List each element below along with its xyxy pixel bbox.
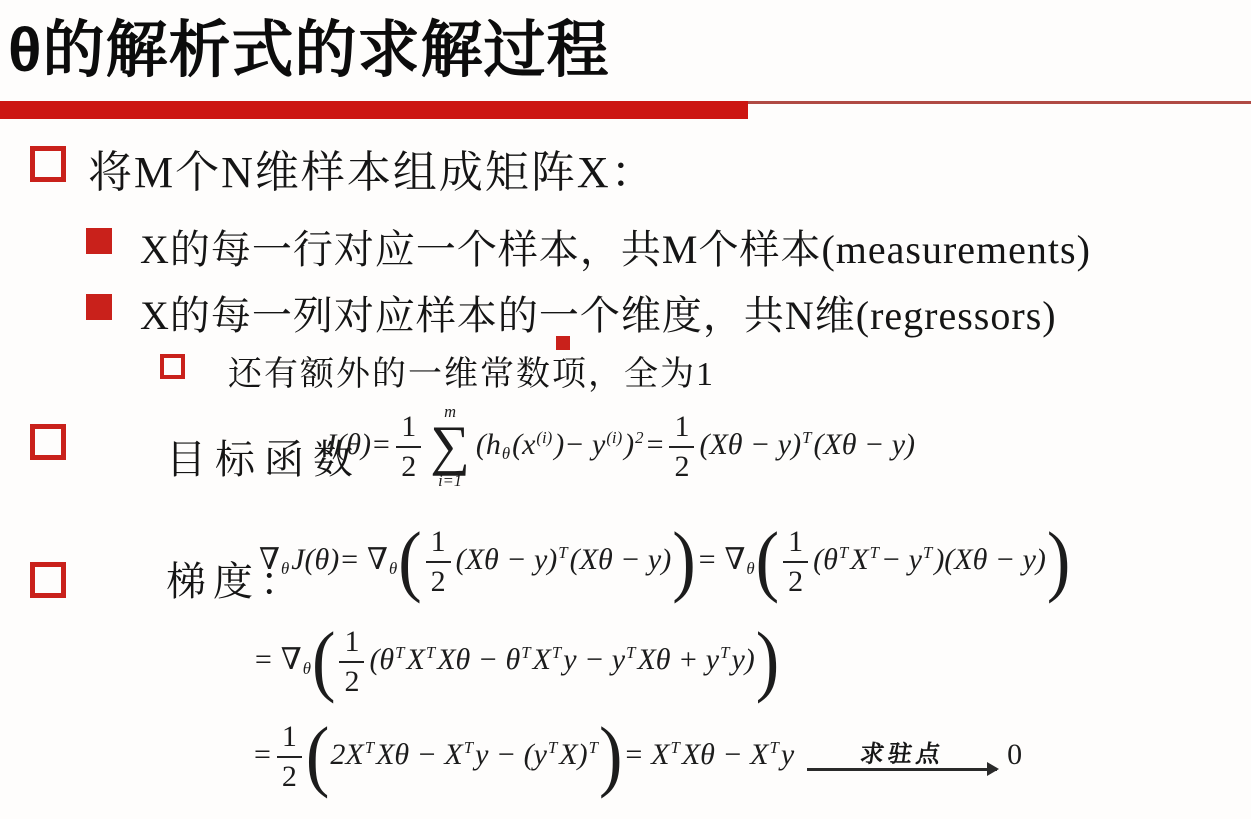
math-token: y [781,738,794,771]
math-token: = [254,738,271,771]
superscript: T [464,738,473,757]
superscript: T [521,643,530,662]
stationary-point-arrow: 求驻点 [807,743,997,771]
formula-gradient-line-2: = ∇θ(12(θTXTXθ − θTXTy − yTXθ + yTy)) [252,612,779,712]
math-token: (θ [369,643,394,676]
bullet-1-text: 将M个N维样本组成矩阵X： [88,136,657,200]
superscript: T [802,428,811,447]
superscript: T [365,738,374,757]
bullet-square-outline-icon [160,354,185,379]
fraction: 12 [339,627,364,697]
math-token: (θ [813,543,838,576]
math-token: = ∇ [253,643,302,676]
formula-objective: J(θ)=12m∑i=1(hθ(x(i))− y(i))2=12(Xθ − y)… [322,390,916,504]
math-token: y) [731,643,754,676]
superscript: T [720,643,729,662]
bullet-4-text: 还有额外的一维常数项，全为1 [228,346,715,395]
math-token: X) [559,738,587,771]
superscript: T [770,738,779,757]
big-paren: ( [312,628,335,695]
math-token: (Xθ − y) [456,543,558,576]
math-token: (h [476,428,501,461]
math-token: y − (y [475,738,547,771]
superscript: T [626,643,635,662]
big-paren: ) [672,528,695,595]
superscript: T [552,643,561,662]
superscript: T [426,643,435,662]
bullet-square-outline-icon [30,562,66,598]
bullet-2-text: X的每一行对应一个样本，共M个样本(measurements) [140,218,1091,275]
math-token: X [533,643,551,676]
math-token: Xθ − θ [437,643,520,676]
bullet-square-outline-icon [30,424,66,460]
math-token: X [850,543,868,576]
superscript: T [558,543,567,562]
title-divider-line [748,101,1251,104]
superscript: T [839,543,848,562]
fraction: 12 [426,527,451,597]
math-token: X [407,643,425,676]
math-token: (x [512,428,535,461]
math-token: J(θ)= [323,428,391,461]
math-token: = ∇ [697,543,746,576]
title-divider-bar [0,101,748,119]
math-token: )− y [554,428,605,461]
fraction: 12 [277,722,302,792]
superscript: 2 [635,428,643,447]
bullet-square-filled-icon [86,294,112,320]
arrow-line-icon [807,768,997,771]
superscript: T [548,738,557,757]
math-token: 2X [330,738,363,771]
math-token: ) [624,428,634,461]
big-paren: ) [599,723,622,790]
math-token: = X [623,738,669,771]
big-paren: ) [1047,528,1070,595]
bullet-square-outline-icon [30,146,66,182]
big-paren: ( [398,528,421,595]
superscript: T [395,643,404,662]
math-token: J(θ)= ∇ [291,543,388,576]
subscript: θ [502,444,510,463]
math-token: − y [881,543,922,576]
superscript: (i) [536,428,552,447]
page-title: θ的解析式的求解过程 [8,0,610,89]
math-token: ∇ [259,543,280,576]
superscript: T [923,543,932,562]
math-token: Xθ − X [682,738,769,771]
slide: θ的解析式的求解过程 将M个N维样本组成矩阵X： X的每一行对应一个样本，共M个… [0,0,1251,819]
fraction: 12 [669,412,694,482]
arrow-label: 求驻点 [858,743,945,767]
summation-symbol: m∑i=1 [430,404,470,490]
red-marker-dot [556,336,570,350]
math-token: (Xθ − y) [813,428,915,461]
superscript: T [870,543,879,562]
big-paren: ) [756,628,779,695]
math-token: = [647,428,664,461]
math-token: Xθ − X [376,738,463,771]
math-token: )(Xθ − y) [934,543,1046,576]
math-token: (Xθ − y) [570,543,672,576]
subscript: θ [389,559,397,578]
fraction: 12 [783,527,808,597]
superscript: (i) [606,428,622,447]
math-token: 0 [1007,738,1022,771]
superscript: T [671,738,680,757]
subscript: θ [281,559,289,578]
math-token: (Xθ − y) [699,428,801,461]
superscript: T [589,738,598,757]
fraction: 12 [396,412,421,482]
formula-gradient-line-3: =12(2XTXθ − XTy − (yTX)T)= XTXθ − XTy求驻点… [252,706,1024,808]
formula-gradient-line-1: ∇θJ(θ)= ∇θ(12(Xθ − y)T(Xθ − y))= ∇θ(12(θ… [258,508,1070,616]
bullet-square-filled-icon [86,228,112,254]
subscript: θ [746,559,754,578]
subscript: θ [303,659,311,678]
big-paren: ( [756,528,779,595]
big-paren: ( [306,723,329,790]
math-token: y − y [563,643,625,676]
bullet-3-text: X的每一列对应样本的一个维度，共N维(regressors) [140,284,1057,341]
math-token: Xθ + y [637,643,719,676]
